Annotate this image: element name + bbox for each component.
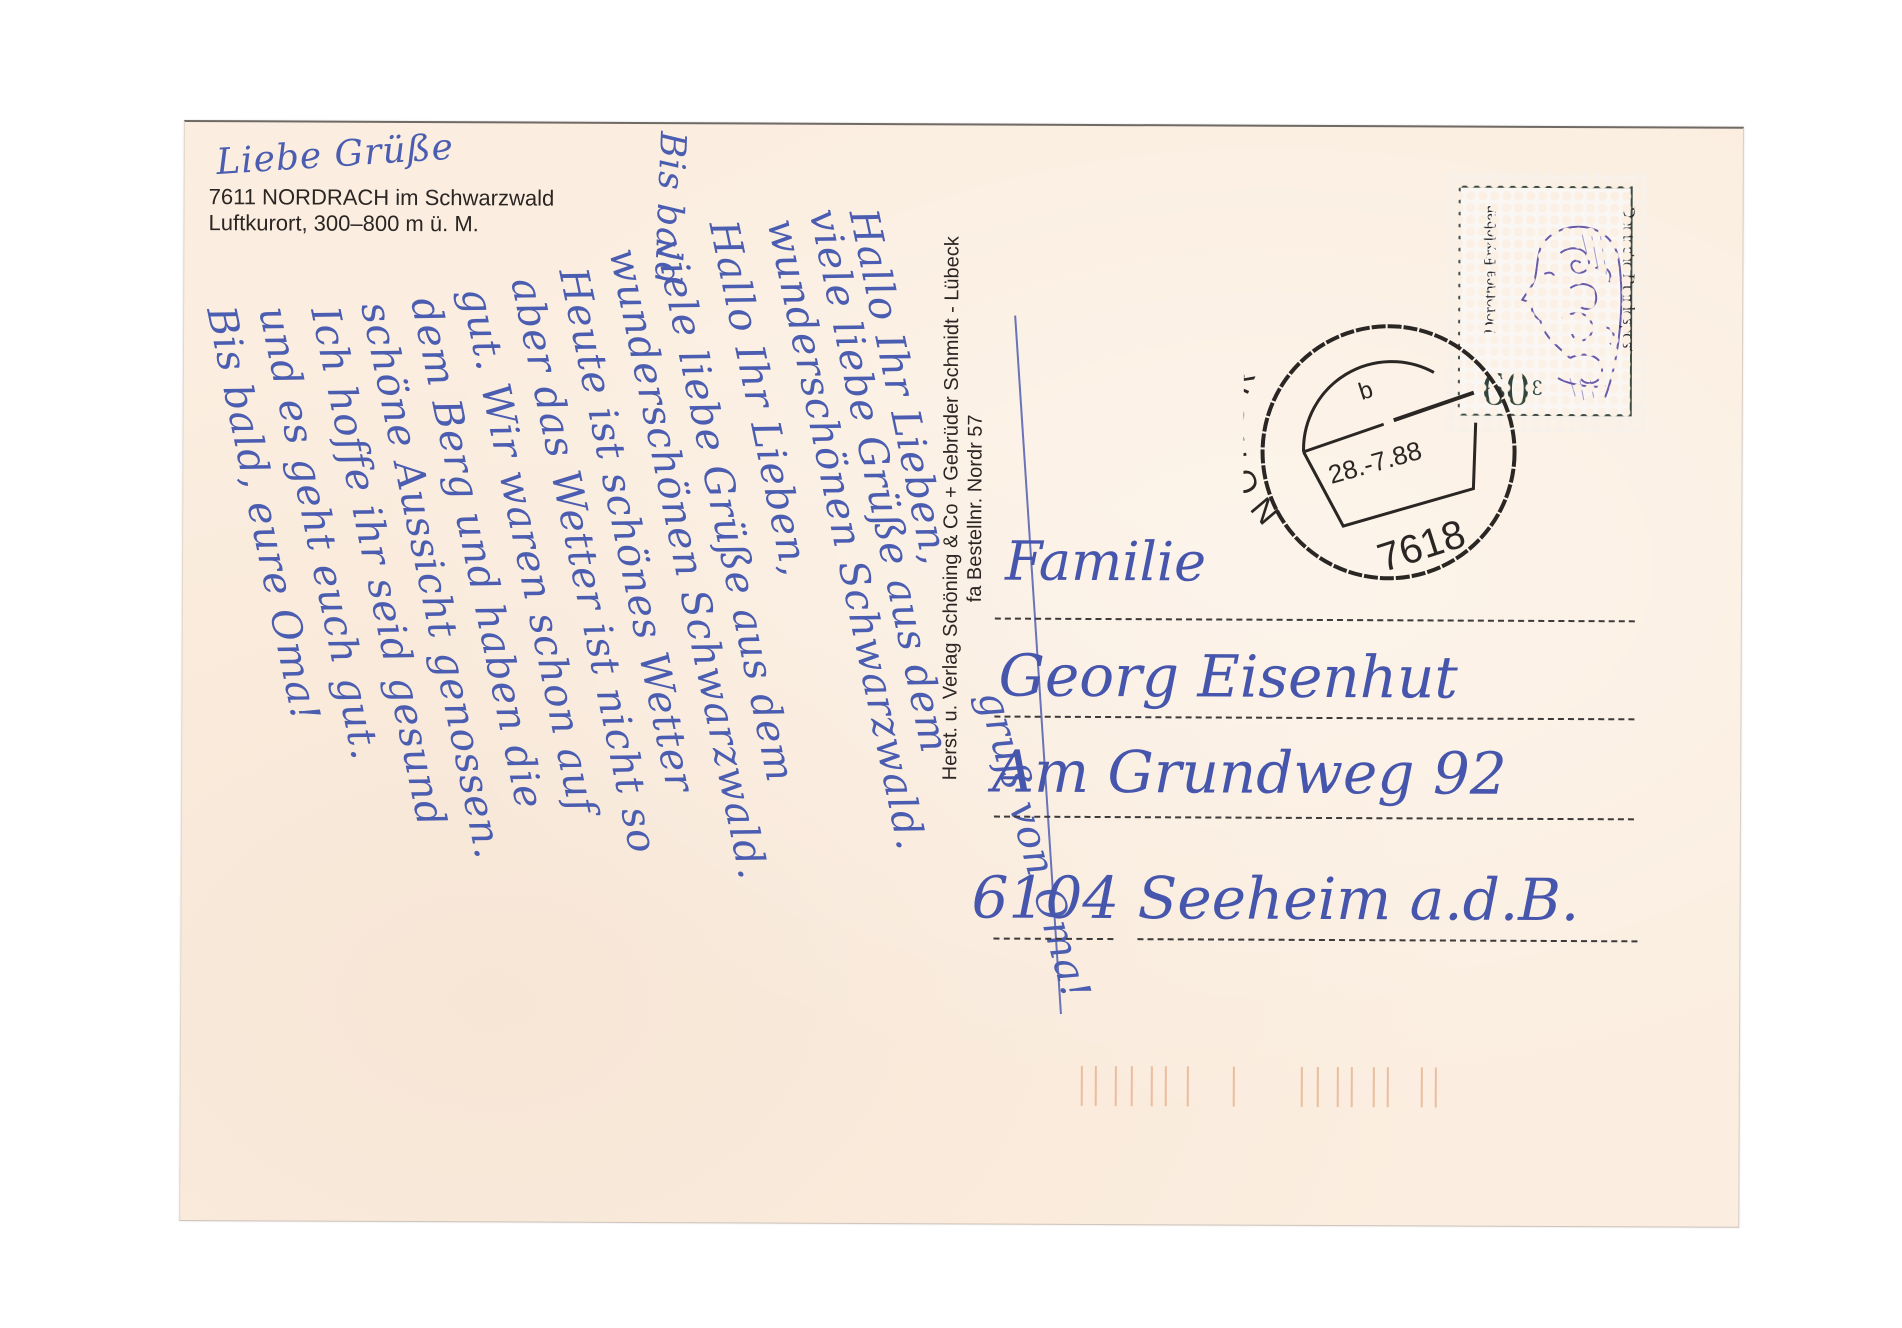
message-line: Bis bald [646, 131, 693, 287]
message-line: gut. Wir waren schon auf [451, 283, 605, 818]
barcode-tick [1081, 1066, 1083, 1106]
publisher-line-2: fa Bestellnr. Nordr 57 [962, 236, 988, 780]
message-line: aber das Wetter ist nicht so [501, 274, 666, 858]
barcode-tick [1387, 1067, 1389, 1107]
message-line: dem Berg und haben die [401, 293, 552, 813]
barcode-tick [1151, 1066, 1153, 1106]
address-rule [994, 816, 1634, 821]
message-line: Bis bald, eure Oma! [197, 302, 328, 726]
message-line: Hallo Ihr Lieben, [700, 216, 819, 580]
barcode-tick [1373, 1067, 1375, 1107]
location-subtitle: Luftkurort, 300–800 m ü. M. [208, 210, 554, 238]
message-line: Liebe Grüße [215, 127, 455, 183]
stamp-country: Deutsche Bundespost [1461, 188, 1631, 189]
message-line: viele liebe Grüße aus dem [645, 234, 803, 786]
barcode-tick [1337, 1067, 1339, 1107]
barcode-tick [1115, 1066, 1117, 1106]
postcard-back: 7611 NORDRACH im Schwarzwald Luftkurort,… [179, 120, 1744, 1228]
postmark-date: 28.-7.88 [1325, 435, 1425, 490]
barcode-tick [1131, 1066, 1133, 1106]
publisher-line-1: Herst. u. Verlag Schöning & Co + Gebrüde… [939, 236, 963, 780]
barcode-tick [1095, 1066, 1097, 1106]
barcode-tick [1165, 1066, 1167, 1106]
message-line: Heute ist schönes Wetter [549, 264, 703, 797]
address-rule [994, 716, 1634, 721]
address-city: Seeheim a.d.B. [1137, 864, 1579, 934]
postcode-rule [993, 938, 1113, 941]
message-line: viele liebe Grüße aus dem [800, 205, 958, 757]
postmark-letter: b [1355, 376, 1376, 406]
address-line-1: Familie [1005, 530, 1206, 594]
postal-barcode-marks [1081, 1066, 1501, 1128]
message-line: Ich hoffe ihr seid gesund [301, 303, 454, 831]
postmark-code: 7618 [1372, 512, 1470, 581]
message-line: schöne Aussicht genossen. [351, 298, 512, 863]
signature: gruß von Oma! [968, 686, 1099, 1005]
message-line: wunderschönen Schwarzwald. [599, 244, 775, 884]
message-line: und es geht euch gut. [249, 302, 388, 764]
message-line: wunderschönen Schwarzwald. [758, 215, 934, 855]
barcode-tick [1317, 1067, 1319, 1107]
city-rule [1137, 938, 1637, 942]
barcode-tick [1351, 1067, 1353, 1107]
address-line-3: Am Grundweg 92 [992, 738, 1507, 808]
address-line-2: Georg Eisenhut [998, 642, 1458, 712]
barcode-tick [1435, 1067, 1437, 1107]
address-postcode: 6104 [971, 863, 1119, 932]
barcode-tick [1187, 1066, 1189, 1106]
printed-location-header: 7611 NORDRACH im Schwarzwald Luftkurort,… [208, 184, 554, 238]
barcode-tick [1233, 1067, 1235, 1107]
location-title: 7611 NORDRACH im Schwarzwald [209, 184, 555, 212]
barcode-tick [1301, 1067, 1303, 1107]
address-rule [995, 618, 1635, 623]
barcode-tick [1421, 1067, 1423, 1107]
publisher-imprint: Herst. u. Verlag Schöning & Co + Gebrüde… [938, 236, 988, 780]
postmark-cancellation: NORDR b 28.-7.88 7618 [1243, 302, 1534, 593]
